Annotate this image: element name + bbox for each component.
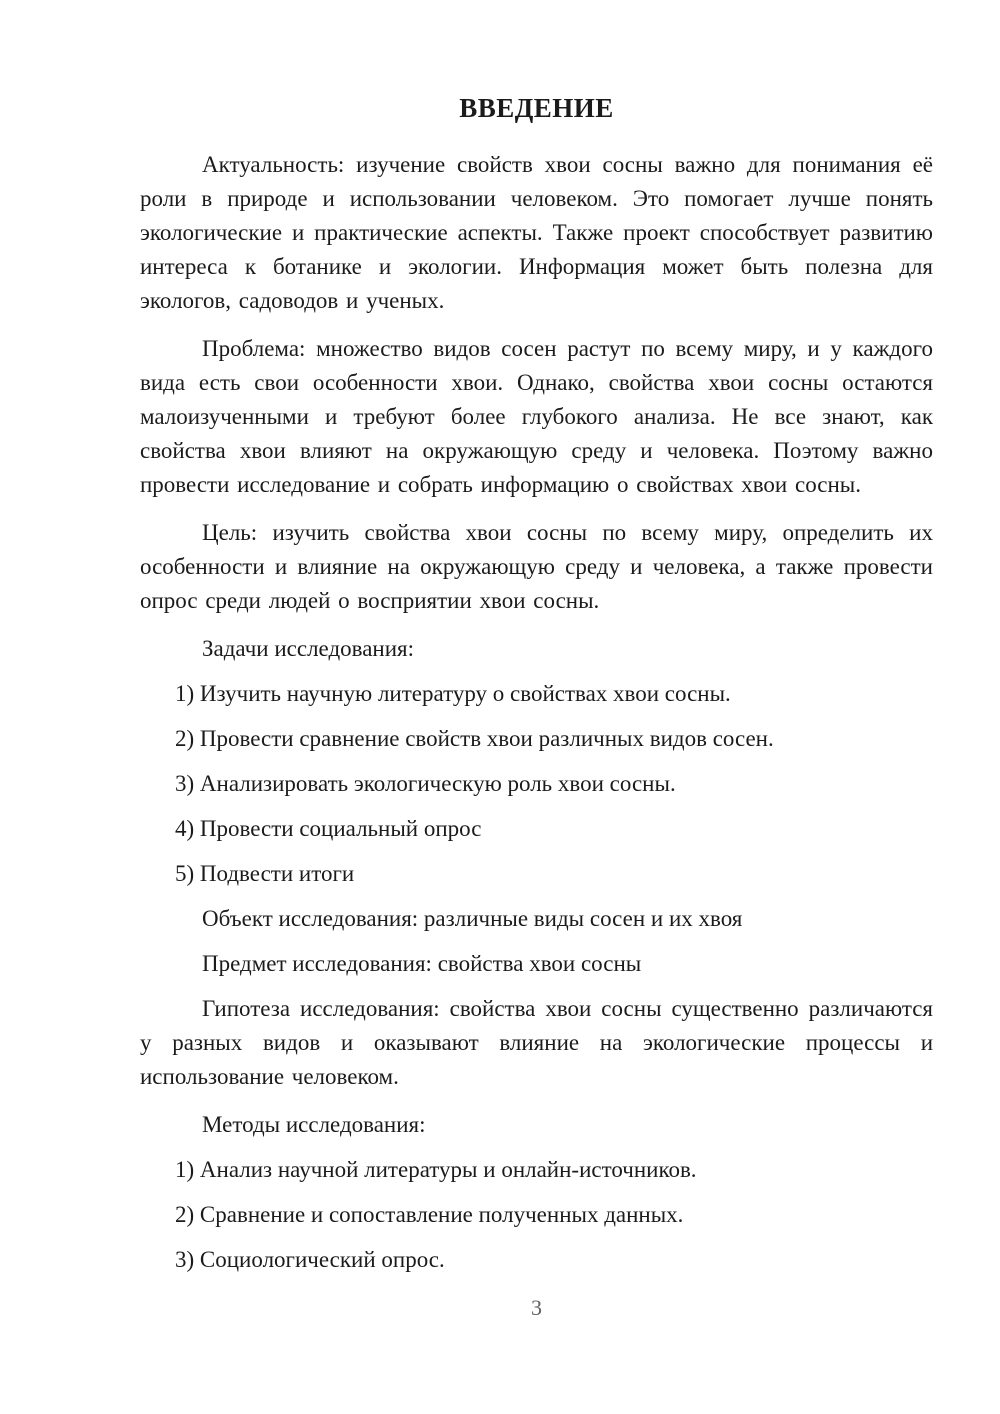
paragraph-subject: Предмет исследования: свойства хвои сосн… bbox=[140, 947, 933, 981]
task-item-5: 5) Подвести итоги bbox=[140, 857, 933, 891]
method-item-1: 1) Анализ научной литературы и онлайн-ис… bbox=[140, 1153, 933, 1187]
page-title: ВВЕДЕНИЕ bbox=[140, 92, 933, 124]
paragraph-object: Объект исследования: различные виды сосе… bbox=[140, 902, 933, 936]
method-item-2: 2) Сравнение и сопоставление полученных … bbox=[140, 1198, 933, 1232]
heading-tasks: Задачи исследования: bbox=[140, 632, 933, 666]
paragraph-goal: Цель: изучить свойства хвои сосны по все… bbox=[140, 516, 933, 618]
task-item-4: 4) Провести социальный опрос bbox=[140, 812, 933, 846]
paragraph-problem: Проблема: множество видов сосен растут п… bbox=[140, 332, 933, 502]
heading-methods: Методы исследования: bbox=[140, 1108, 933, 1142]
task-item-2: 2) Провести сравнение свойств хвои разли… bbox=[140, 722, 933, 756]
paragraph-actuality: Актуальность: изучение свойств хвои сосн… bbox=[140, 148, 933, 318]
task-item-1: 1) Изучить научную литературу о свойства… bbox=[140, 677, 933, 711]
page-number: 3 bbox=[140, 1291, 933, 1325]
document-page: ВВЕДЕНИЕ Актуальность: изучение свойств … bbox=[0, 0, 1000, 1414]
paragraph-hypothesis: Гипотеза исследования: свойства хвои сос… bbox=[140, 992, 933, 1094]
task-item-3: 3) Анализировать экологическую роль хвои… bbox=[140, 767, 933, 801]
method-item-3: 3) Социологический опрос. bbox=[140, 1243, 933, 1277]
